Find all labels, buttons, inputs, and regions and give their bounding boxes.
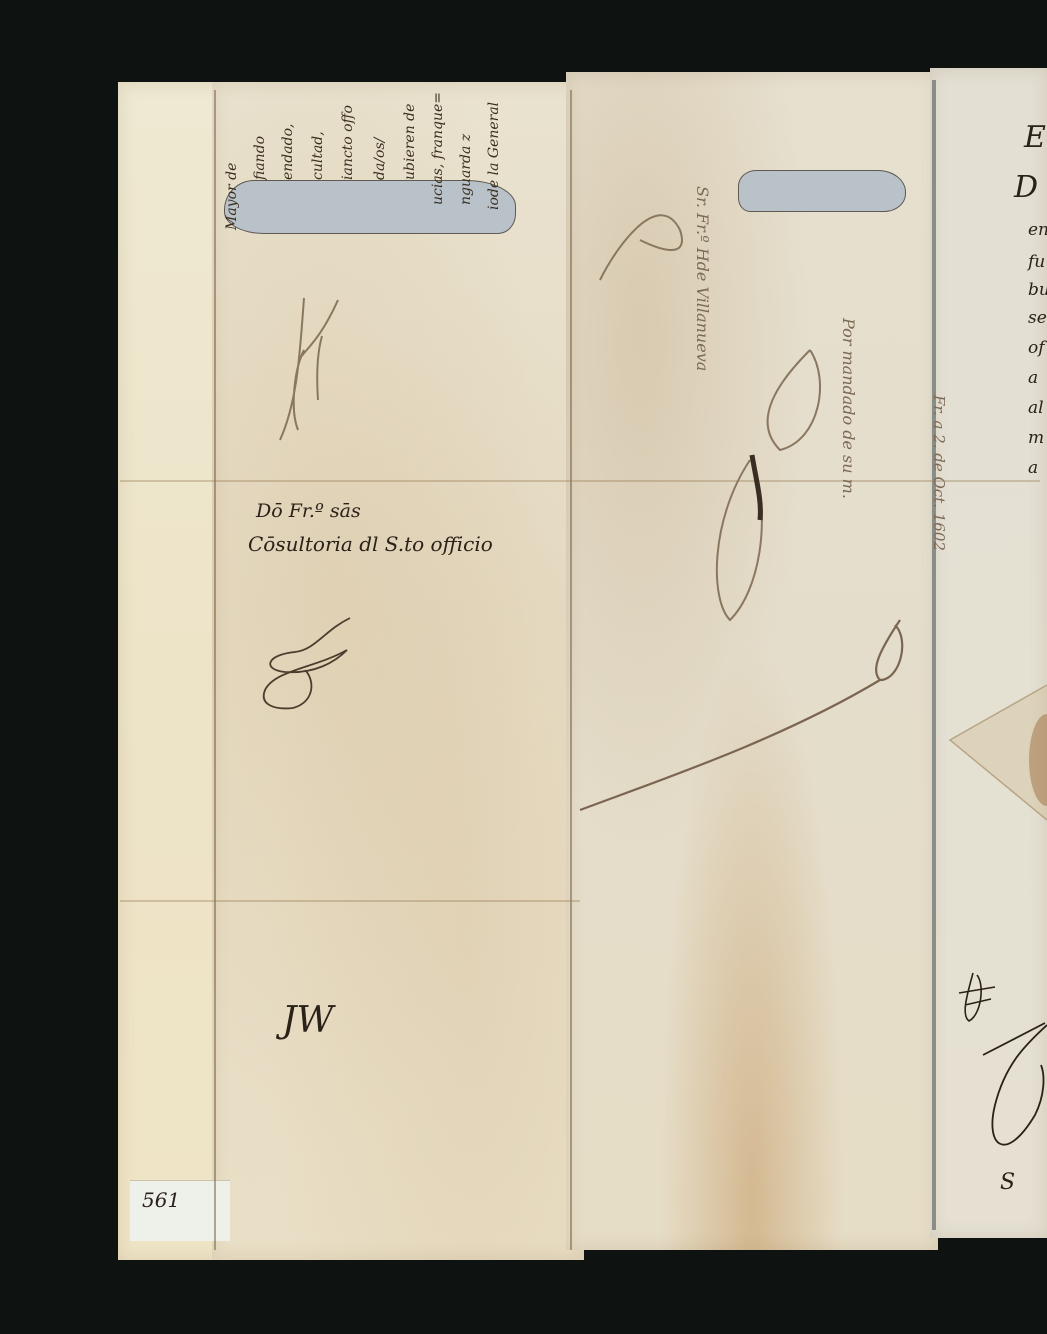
letter-line: en — [1028, 220, 1047, 240]
strip-line: ucias, franque= — [430, 92, 446, 205]
strip-line: iancto offo — [340, 105, 356, 180]
vertical-fold-middle — [570, 90, 572, 1250]
letter-line: a — [1028, 458, 1038, 478]
middle-rubric-flourish-long — [580, 180, 920, 820]
letter-line: E — [1024, 120, 1046, 155]
strip-line: cultad, — [310, 131, 326, 180]
middle-rubric-flourish — [255, 610, 365, 730]
letter-line: bu — [1028, 280, 1047, 300]
strip-line: da/os/ — [372, 138, 388, 180]
vertical-fold-left — [214, 90, 216, 1250]
folio-number: 561 — [142, 1188, 180, 1212]
strip-line: nguarda z — [458, 134, 474, 205]
letter-closing: S — [1000, 1170, 1015, 1195]
right-margin-note: Fr. a 2. de Oct. 1602 — [930, 395, 948, 551]
letter-line: al — [1028, 398, 1044, 418]
strip-line: ubieren de — [402, 104, 418, 180]
letter-line: fu — [1028, 252, 1045, 272]
address-line-2: Cōsultoria dl S.to officio — [248, 532, 493, 556]
address-line-1: Dō Fr.º sās — [256, 500, 361, 522]
letter-line: of — [1028, 338, 1045, 358]
signature-rubric — [955, 965, 1047, 1165]
letter-line: a — [1028, 368, 1038, 388]
horizontal-fold-lower — [120, 900, 580, 902]
strip-line: Mayor de — [224, 163, 240, 230]
strip-line: iode la General — [486, 102, 502, 210]
vertical-fold-right — [932, 80, 936, 1230]
bottom-initials-mark: JW — [282, 1000, 333, 1041]
letter-line: m — [1028, 428, 1044, 448]
strip-line: fiando — [252, 136, 268, 180]
upper-rubric-flourish — [260, 290, 350, 450]
letter-line: se — [1028, 308, 1047, 328]
seal-paper-fold — [945, 680, 1047, 840]
letter-line: D — [1014, 170, 1038, 205]
strip-line: endado, — [280, 124, 296, 180]
